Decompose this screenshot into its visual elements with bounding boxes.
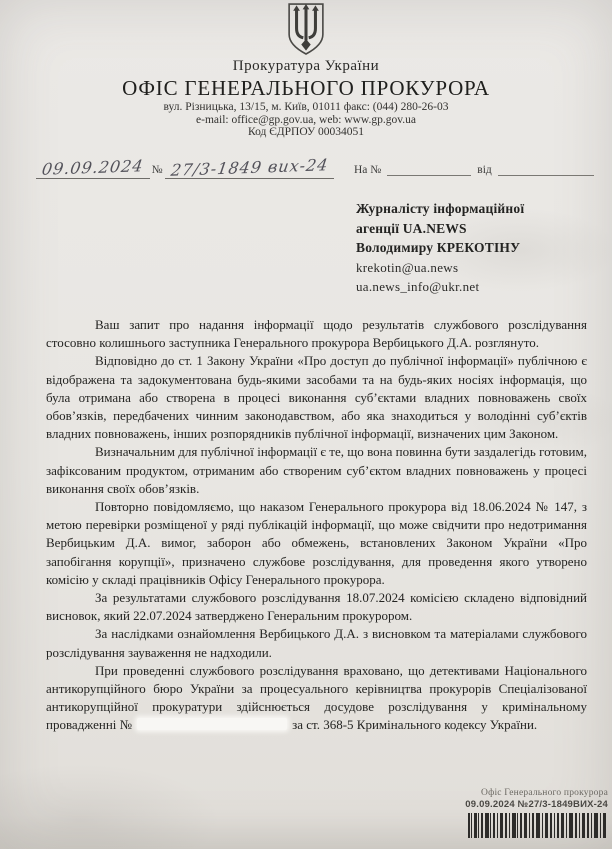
- paragraph: Визначальним для публічної інформації є …: [46, 443, 587, 498]
- org-parent-name: Прокуратура України: [0, 58, 612, 75]
- ukraine-trident-icon: [285, 2, 327, 56]
- reply-to-label: На №: [354, 164, 381, 176]
- addressee-agency: агенції UA.NEWS: [356, 219, 524, 239]
- addressee-role: Журналісту інформаційної: [356, 199, 524, 219]
- org-name: ОФІС ГЕНЕРАЛЬНОГО ПРОКУРОРА: [0, 76, 612, 101]
- handwritten-number-field: 27/3-1849 вих-24: [165, 158, 335, 179]
- org-edrpou-code: Код ЄДРПОУ 00034051: [0, 126, 612, 139]
- paragraph-text-after-redaction: за ст. 368-5 Кримінального кодексу Украї…: [292, 717, 537, 732]
- stamp-reference-number: 09.09.2024 №27/3-1849ВИХ-24: [465, 799, 608, 810]
- reply-date-blank: [498, 164, 594, 176]
- paragraph-with-redaction: При проведенні службового розслідування …: [46, 662, 587, 735]
- outgoing-number-handwritten: 09.09.2024№27/3-1849 вих-24: [36, 158, 334, 179]
- org-contacts: e-mail: office@gp.gov.ua, web: www.gp.go…: [0, 114, 612, 127]
- reply-from-label: від: [477, 164, 491, 176]
- registration-stamp: Офіс Генерального прокурора 09.09.2024 №…: [465, 788, 608, 838]
- letter-body: Ваш запит про надання інформації щодо ре…: [46, 316, 587, 735]
- addressee-block: Журналісту інформаційної агенції UA.NEWS…: [356, 199, 524, 297]
- handwritten-date: 09.09.2024: [41, 156, 145, 179]
- number-sign: №: [152, 164, 163, 176]
- handwritten-date-field: 09.09.2024: [36, 158, 150, 179]
- addressee-email-2: ua.news_info@ukr.net: [356, 277, 524, 297]
- org-address: вул. Різницька, 13/15, м. Київ, 01011 фа…: [0, 101, 612, 114]
- barcode: [468, 813, 606, 838]
- scanned-letter-page: Прокуратура України ОФІС ГЕНЕРАЛЬНОГО ПР…: [0, 0, 612, 849]
- reply-reference: На №від: [354, 164, 600, 176]
- addressee-email-1: krekotin@ua.news: [356, 258, 524, 278]
- reference-row: 09.09.2024№27/3-1849 вих-24 На №від: [36, 156, 590, 198]
- paragraph: За наслідками ознайомлення Вербицького Д…: [46, 625, 587, 661]
- addressee-name: Володимиру КРЕКОТІНУ: [356, 238, 524, 258]
- paragraph: Ваш запит про надання інформації щодо ре…: [46, 316, 587, 352]
- stamp-org-name: Офіс Генерального прокурора: [465, 788, 608, 798]
- handwritten-number: 27/3-1849 вих-24: [169, 155, 329, 180]
- paragraph: Повторно повідомляємо, що наказом Генера…: [46, 498, 587, 589]
- reply-number-blank: [387, 164, 471, 176]
- paragraph: Відповідно до ст. 1 Закону України «Про …: [46, 352, 587, 443]
- paragraph: За результатами службового розслідування…: [46, 589, 587, 625]
- redacted-case-number: [137, 718, 287, 730]
- letterhead: Прокуратура України ОФІС ГЕНЕРАЛЬНОГО ПР…: [0, 0, 612, 139]
